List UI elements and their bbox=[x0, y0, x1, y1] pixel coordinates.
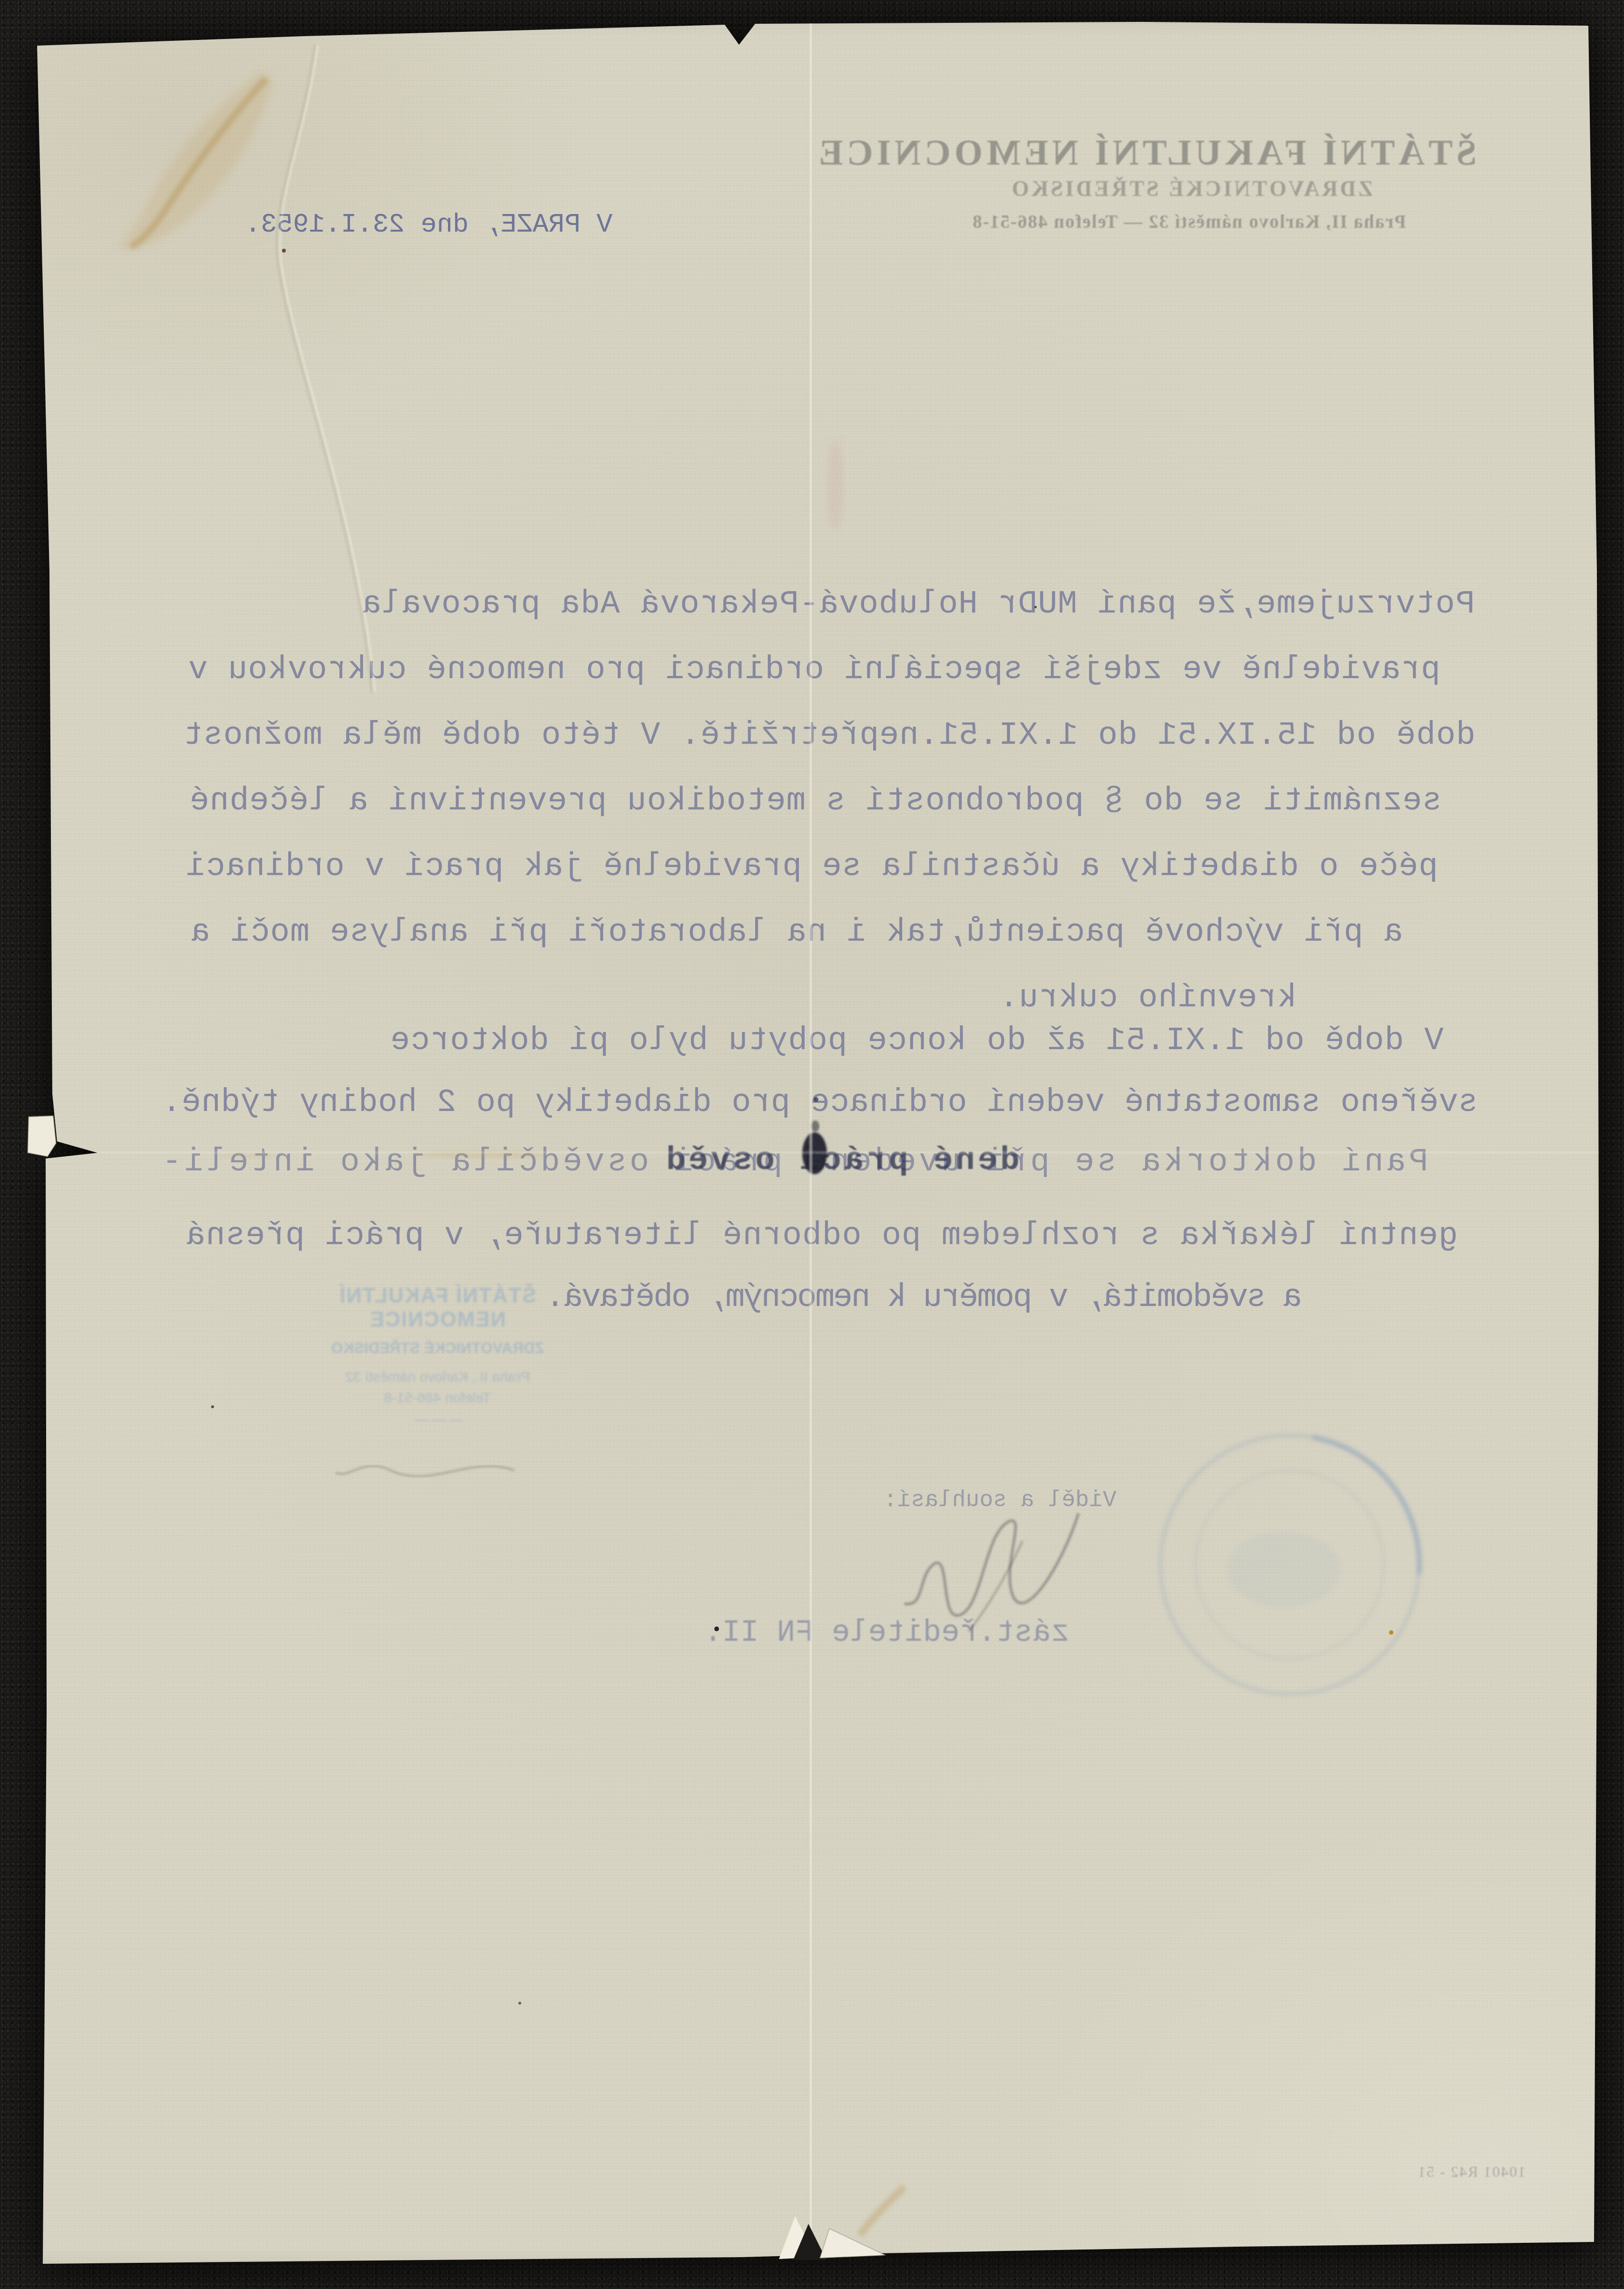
pencil-scribble bbox=[336, 1466, 515, 1476]
typed-line: gentní lékařka s rozhledem po odborné li… bbox=[185, 1218, 1458, 1254]
handwritten-signature bbox=[904, 1513, 1079, 1631]
approval-line: Viděl a souhlasí: bbox=[884, 1488, 1117, 1513]
scanned-letter-sheet: ŠTÁTNÍ FAKULTNÍ NEMOCNICE ZDRAVOTNICKÉ S… bbox=[0, 0, 1624, 2289]
crease-shadow bbox=[277, 45, 372, 693]
box-stamp-line: ——— bbox=[285, 1412, 590, 1428]
vertical-fold-crease bbox=[808, 0, 813, 2289]
overtyped-bold-segment: dené práci osvěd bbox=[663, 1142, 1020, 1179]
typed-line: V době od 1.XI.51 až do konce pobytu byl… bbox=[390, 1023, 1444, 1059]
typed-line: Potvrzujeme,že paní MUDr Holubová-Pekaro… bbox=[361, 586, 1475, 623]
letterhead-address: Praha II, Karlovo náměstí 32 — Telefon 4… bbox=[904, 211, 1474, 233]
letterhead-subtitle: ZDRAVOTNICKÉ STŘEDISKO bbox=[906, 176, 1477, 201]
paper-speck bbox=[1389, 1630, 1393, 1635]
signer-title-line: zást.ředitele FN II. bbox=[704, 1616, 1069, 1650]
box-stamp-line: Telefon 486-51-8 bbox=[285, 1390, 590, 1406]
horizontal-fold-crease bbox=[0, 1150, 1624, 1155]
paper-speck bbox=[518, 2002, 521, 2005]
crease-line bbox=[280, 45, 375, 692]
stain-bottom bbox=[860, 2187, 904, 2235]
paper-speck bbox=[282, 249, 286, 253]
date-line: V PRAZE, dne 23.I.1953. bbox=[245, 209, 613, 240]
typed-line: pravidelně ve zdejší speciální ordinaci … bbox=[188, 652, 1440, 688]
photo-of-document: { "doc": { "mirrored": true, "letterhead… bbox=[0, 0, 1624, 2289]
typed-line: době od 15.IX.51 do 1.XI.51.nepřetržitě.… bbox=[183, 717, 1475, 754]
letterhead-title: ŠTÁTNÍ FAKULTNÍ NEMOCNICE bbox=[906, 132, 1477, 174]
pink-smudge bbox=[827, 440, 844, 530]
typed-line: seznámiti se do § podrobností s metodiko… bbox=[189, 783, 1442, 819]
box-stamp-line: ZDRAVOTNICKÉ STŘEDISKO bbox=[285, 1339, 590, 1357]
box-stamp-line: Praha II., Karlovo náměstí 32 bbox=[285, 1369, 590, 1385]
round-stamp bbox=[1160, 1435, 1420, 1694]
box-stamp-line: ŠTÁTNÍ FAKULTNÍ NEMOCNICE bbox=[285, 1284, 590, 1332]
paper-speck bbox=[1034, 606, 1037, 608]
typed-line: a svědomitá, v poměru k nemocným, obětav… bbox=[547, 1279, 1302, 1316]
print-code: 10401 R42 - 51 bbox=[1417, 2163, 1526, 2181]
paper-speck bbox=[211, 1405, 214, 1408]
typed-line: a při výchově pacientů,tak i na laborato… bbox=[190, 914, 1403, 951]
typed-line: svěřeno samostatné vedení ordinace pro d… bbox=[162, 1084, 1478, 1121]
typed-line: krevního cukru. bbox=[999, 980, 1297, 1016]
institution-box-stamp: ŠTÁTNÍ FAKULTNÍ NEMOCNICE ZDRAVOTNICKÉ S… bbox=[285, 1284, 590, 1428]
paper-surface: ŠTÁTNÍ FAKULTNÍ NEMOCNICE ZDRAVOTNICKÉ S… bbox=[0, 0, 1624, 2289]
paper-speck bbox=[714, 1627, 719, 1631]
